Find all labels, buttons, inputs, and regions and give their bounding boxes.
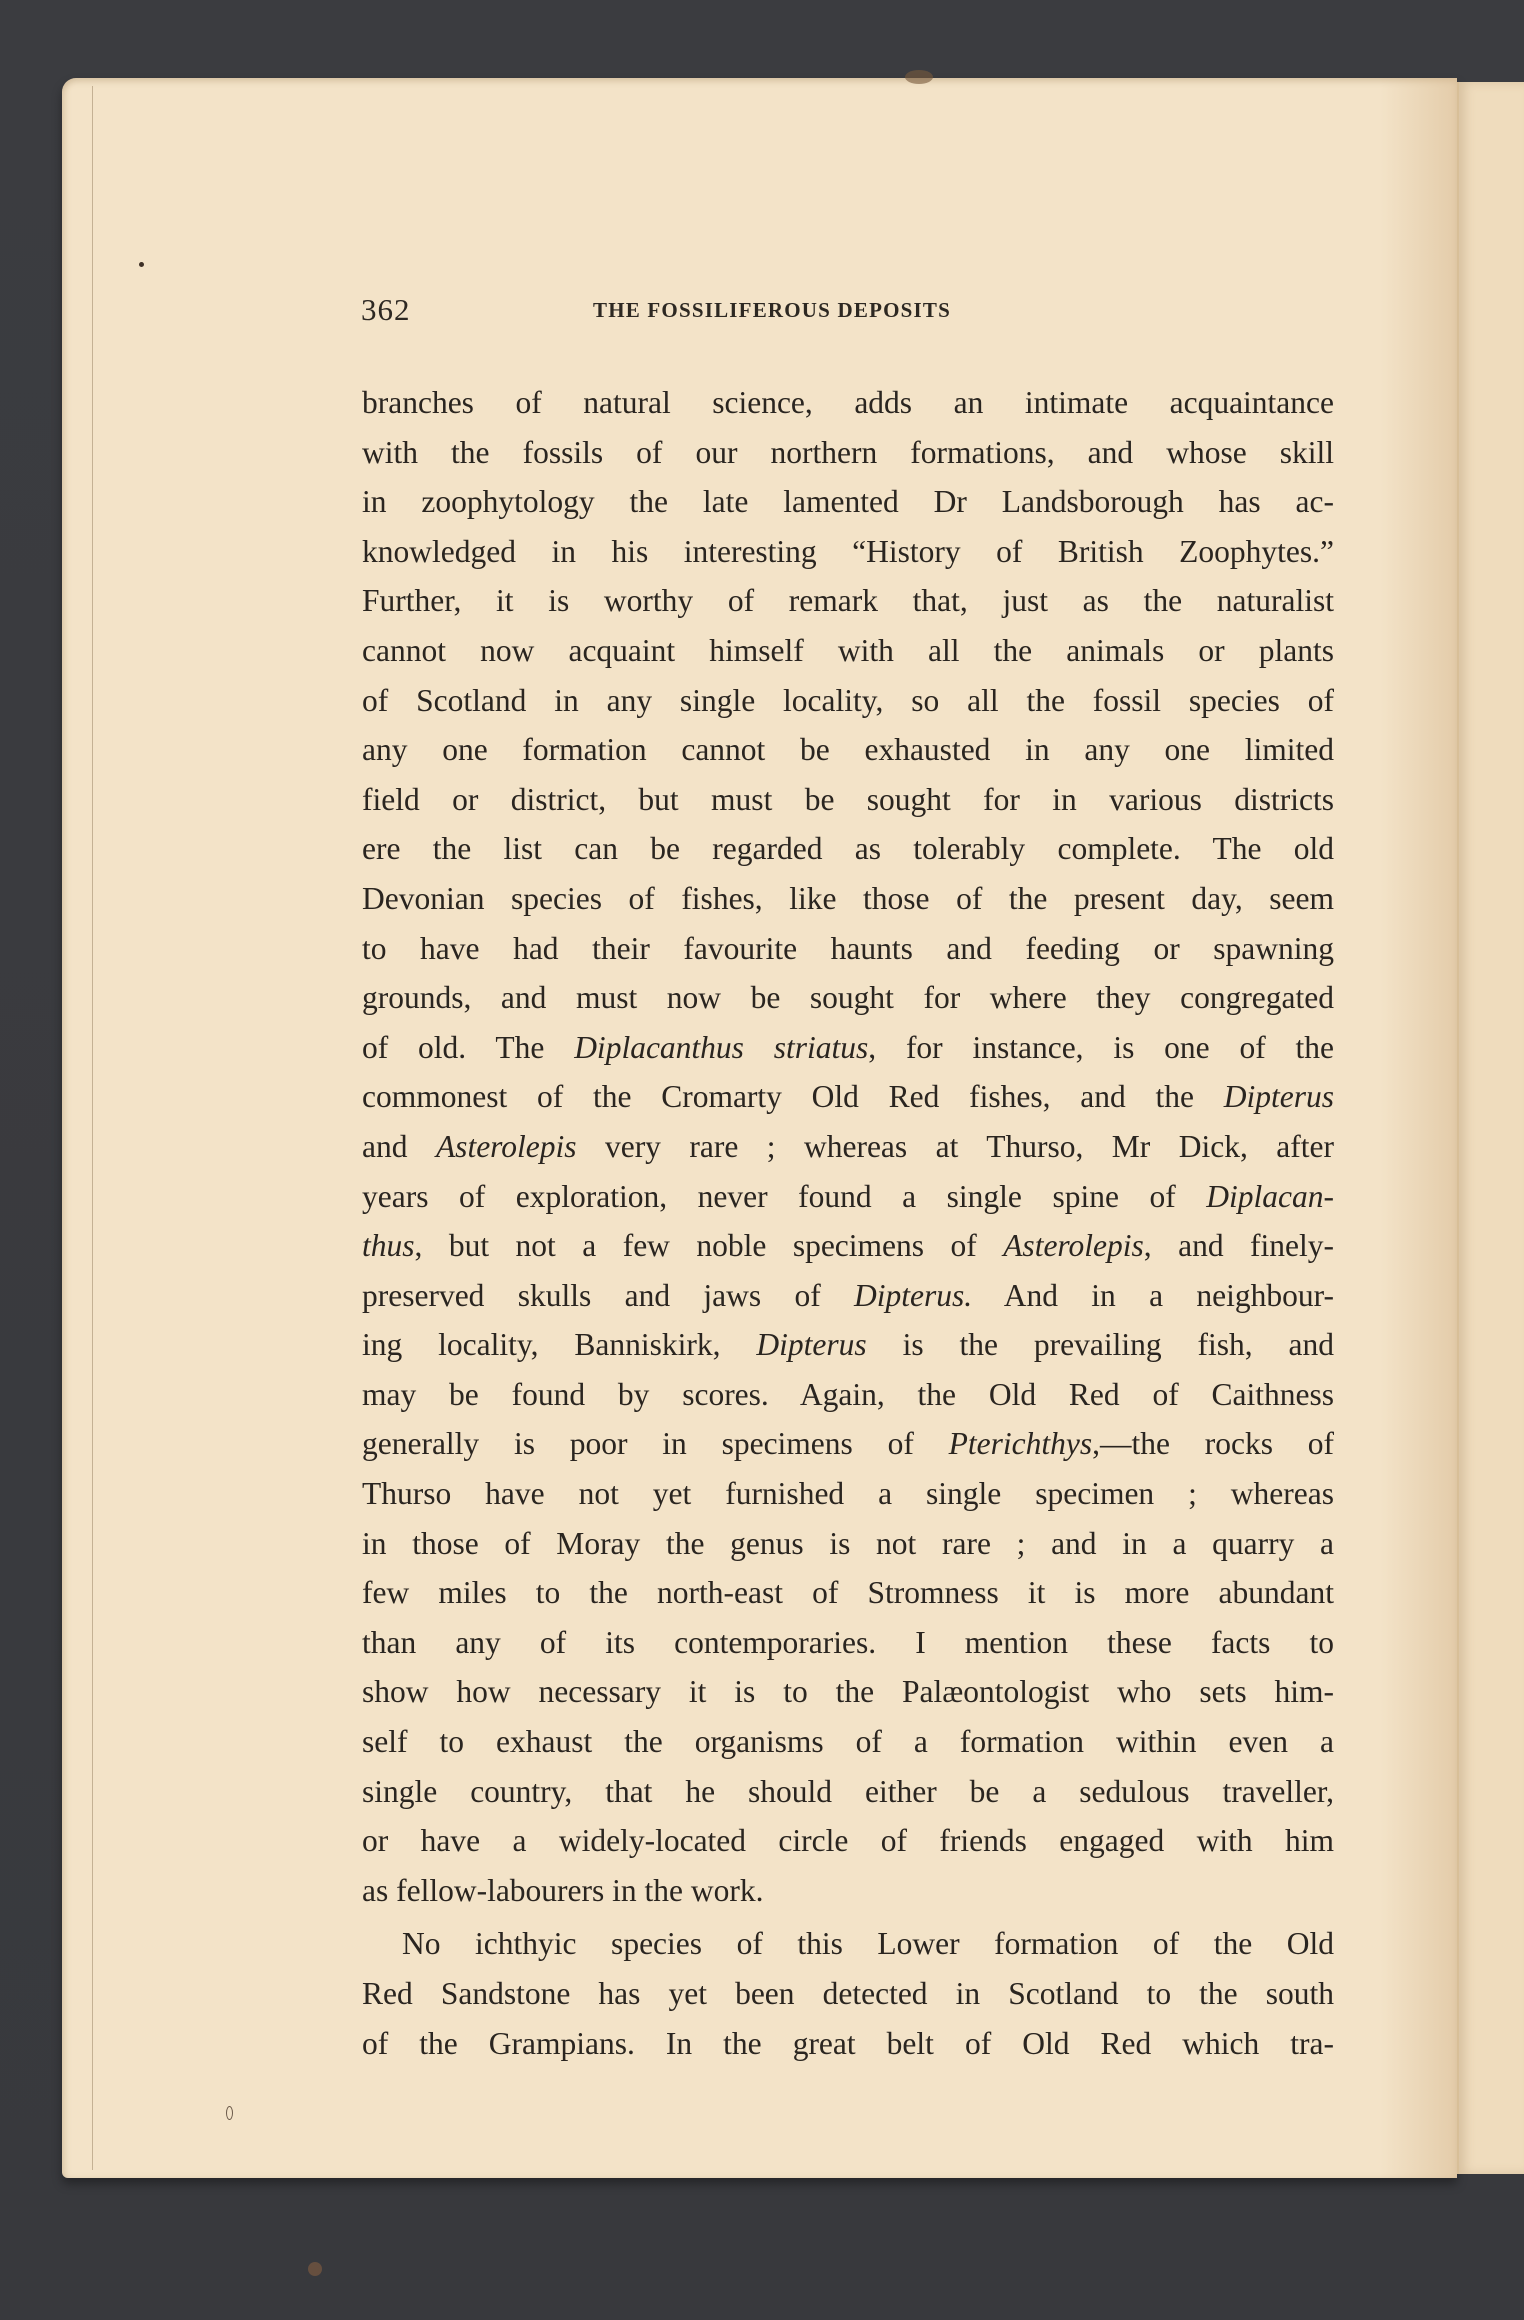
text-segment: ing locality, Banniskirk, [362, 1327, 756, 1362]
text-segment: , and finely- [1144, 1228, 1334, 1263]
page-number: 362 [361, 292, 411, 328]
running-head: THE FOSSILIFEROUS DEPOSITS [593, 298, 951, 323]
italic-term: Dipterus [756, 1327, 866, 1362]
text-line: branches of natural science, adds an int… [362, 378, 1334, 428]
text-segment: in zoophytology the late lamented Dr Lan… [362, 484, 1334, 519]
text-segment: , but not a few noble specimens of [415, 1228, 1004, 1263]
text-line: self to exhaust the organisms of a forma… [362, 1717, 1334, 1767]
italic-term: Dipterus [1224, 1079, 1334, 1114]
italic-term: Pterichthys [949, 1426, 1092, 1461]
text-line: any one formation cannot be exhausted in… [362, 725, 1334, 775]
text-segment: may be found by scores. Again, the Old R… [362, 1377, 1334, 1412]
italic-term: Asterolepis [436, 1129, 577, 1164]
text-line: generally is poor in specimens of Pteric… [362, 1419, 1334, 1469]
text-line: years of exploration, never found a sing… [362, 1172, 1334, 1222]
text-line: Devonian species of fishes, like those o… [362, 874, 1334, 924]
italic-term: Diplacan- [1206, 1179, 1334, 1214]
text-segment: to have had their favourite haunts and f… [362, 931, 1334, 966]
text-segment: show how necessary it is to the Palæonto… [362, 1674, 1334, 1709]
text-segment: Red Sandstone has yet been detected in S… [362, 1976, 1334, 2011]
text-segment: with the fossils of our northern formati… [362, 435, 1334, 470]
text-line: to have had their favourite haunts and f… [362, 924, 1334, 974]
text-line: single country, that he should either be… [362, 1767, 1334, 1817]
italic-term: Diplacanthus striatus [574, 1030, 868, 1065]
page-header: 362 THE FOSSILIFEROUS DEPOSITS [361, 292, 1061, 332]
text-segment: is the prevailing fish, and [867, 1327, 1334, 1362]
text-segment: few miles to the north-east of Stromness… [362, 1575, 1334, 1610]
paper-stain [905, 70, 933, 84]
text-line: Red Sandstone has yet been detected in S… [362, 1969, 1334, 2019]
text-segment: years of exploration, never found a sing… [362, 1179, 1206, 1214]
text-line: with the fossils of our northern formati… [362, 428, 1334, 478]
text-segment: ,—the rocks of [1092, 1426, 1334, 1461]
facing-page-edge [1457, 82, 1524, 2174]
text-segment: No ichthyic species of this Lower format… [402, 1926, 1334, 1961]
text-line: of Scotland in any single locality, so a… [362, 676, 1334, 726]
italic-term: Dipterus. [854, 1278, 972, 1313]
paper-speck [139, 262, 144, 267]
text-segment: very rare ; whereas at Thurso, Mr Dick, … [577, 1129, 1334, 1164]
text-line: knowledged in his interesting “History o… [362, 527, 1334, 577]
text-segment: branches of natural science, adds an int… [362, 385, 1334, 420]
paper-speck [226, 2106, 233, 2120]
text-line: or have a widely-located circle of frien… [362, 1816, 1334, 1866]
text-segment: self to exhaust the organisms of a forma… [362, 1724, 1334, 1759]
text-segment: of old. The [362, 1030, 574, 1065]
text-segment: field or district, but must be sought fo… [362, 782, 1334, 817]
text-segment: single country, that he should either be… [362, 1774, 1334, 1809]
text-segment: of the Grampians. In the great belt of O… [362, 2026, 1334, 2061]
text-segment: , for instance, is one of the [868, 1030, 1334, 1065]
text-line: Thurso have not yet furnished a single s… [362, 1469, 1334, 1519]
page-edge-line [92, 86, 93, 2170]
text-segment: knowledged in his interesting “History o… [362, 534, 1334, 569]
text-line: in those of Moray the genus is not rare … [362, 1519, 1334, 1569]
text-line: Further, it is worthy of remark that, ju… [362, 576, 1334, 626]
text-segment: than any of its contemporaries. I mentio… [362, 1625, 1334, 1660]
text-line: of old. The Diplacanthus striatus, for i… [362, 1023, 1334, 1073]
italic-term: Asterolepis [1003, 1228, 1144, 1263]
text-line: grounds, and must now be sought for wher… [362, 973, 1334, 1023]
text-line: than any of its contemporaries. I mentio… [362, 1618, 1334, 1668]
text-segment: or have a widely-located circle of frien… [362, 1823, 1334, 1858]
text-segment: Thurso have not yet furnished a single s… [362, 1476, 1334, 1511]
text-segment: cannot now acquaint himself with all the… [362, 633, 1334, 668]
text-segment: ere the list can be regarded as tolerabl… [362, 831, 1334, 866]
text-segment: in those of Moray the genus is not rare … [362, 1526, 1334, 1561]
text-line: commonest of the Cromarty Old Red fishes… [362, 1072, 1334, 1122]
text-line: thus, but not a few noble specimens of A… [362, 1221, 1334, 1271]
paper-stain [308, 2262, 322, 2276]
text-line: may be found by scores. Again, the Old R… [362, 1370, 1334, 1420]
body-text: branches of natural science, adds an int… [362, 378, 1334, 2068]
text-segment: as fellow-labourers in the work. [362, 1873, 764, 1908]
text-segment: any one formation cannot be exhausted in… [362, 732, 1334, 767]
text-line: No ichthyic species of this Lower format… [362, 1919, 1334, 1969]
text-line: and Asterolepis very rare ; whereas at T… [362, 1122, 1334, 1172]
text-segment: and [362, 1129, 436, 1164]
text-segment: Further, it is worthy of remark that, ju… [362, 583, 1334, 618]
text-segment: Devonian species of fishes, like those o… [362, 881, 1334, 916]
text-line: ing locality, Banniskirk, Dipterus is th… [362, 1320, 1334, 1370]
text-line: ere the list can be regarded as tolerabl… [362, 824, 1334, 874]
text-segment: grounds, and must now be sought for wher… [362, 980, 1334, 1015]
text-segment: preserved skulls and jaws of [362, 1278, 854, 1313]
text-line: of the Grampians. In the great belt of O… [362, 2019, 1334, 2069]
text-line: preserved skulls and jaws of Dipterus. A… [362, 1271, 1334, 1321]
italic-term: thus [362, 1228, 415, 1263]
text-line: field or district, but must be sought fo… [362, 775, 1334, 825]
text-segment: And in a neighbour- [972, 1278, 1334, 1313]
text-line: show how necessary it is to the Palæonto… [362, 1667, 1334, 1717]
text-segment: commonest of the Cromarty Old Red fishes… [362, 1079, 1224, 1114]
text-line: cannot now acquaint himself with all the… [362, 626, 1334, 676]
text-segment: of Scotland in any single locality, so a… [362, 683, 1334, 718]
text-line: few miles to the north-east of Stromness… [362, 1568, 1334, 1618]
text-line: in zoophytology the late lamented Dr Lan… [362, 477, 1334, 527]
text-line: as fellow-labourers in the work. [362, 1866, 1334, 1916]
text-segment: generally is poor in specimens of [362, 1426, 949, 1461]
